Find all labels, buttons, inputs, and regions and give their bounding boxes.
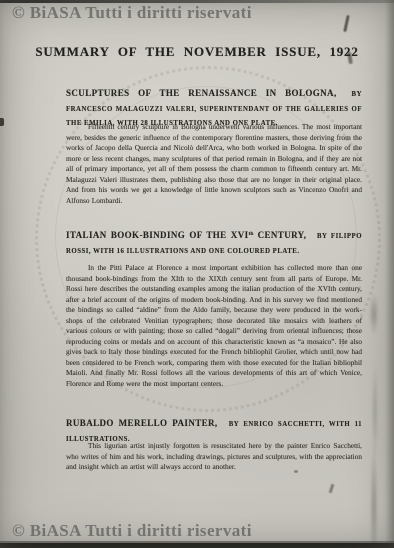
section-3-title: RUBALDO MERELLO PAINTER,: [66, 418, 218, 428]
scan-edge-right: [385, 0, 394, 548]
section-2-heading: ITALIAN BOOK-BINDING OF THE XVIth CENTUR…: [66, 228, 362, 257]
section-2-title: ITALIAN BOOK-BINDING OF THE XVI: [66, 230, 249, 240]
section-2-body: In the Pitti Palace at Florence a most i…: [66, 263, 362, 389]
copyright-watermark-top: © BiASA Tutti i diritti riservati: [12, 3, 252, 23]
section-2-title-continued: CENTURY,: [253, 230, 306, 240]
copyright-watermark-bottom: © BiASA Tutti i diritti riservati: [12, 521, 252, 541]
ink-mark: [0, 118, 4, 126]
scan-smudge-streak: [364, 292, 382, 548]
section-1-body: Fifteenth century sculpture in Bologna u…: [66, 122, 362, 206]
section-3-body: This ligurian artist injustly forgotten …: [66, 441, 362, 473]
ink-mark: [329, 484, 335, 493]
page-title: SUMMARY OF THE NOVEMBER ISSUE, 1922: [0, 44, 394, 60]
ink-mark: [343, 15, 349, 32]
scan-edge-top: [0, 0, 394, 3]
section-1-title: SCULPTURES OF THE RENAISSANCE IN BOLOGNA…: [66, 88, 337, 98]
scanned-page: © BiASA Tutti i diritti riservati © BiAS…: [0, 0, 394, 548]
scan-edge-bottom: [0, 543, 394, 548]
